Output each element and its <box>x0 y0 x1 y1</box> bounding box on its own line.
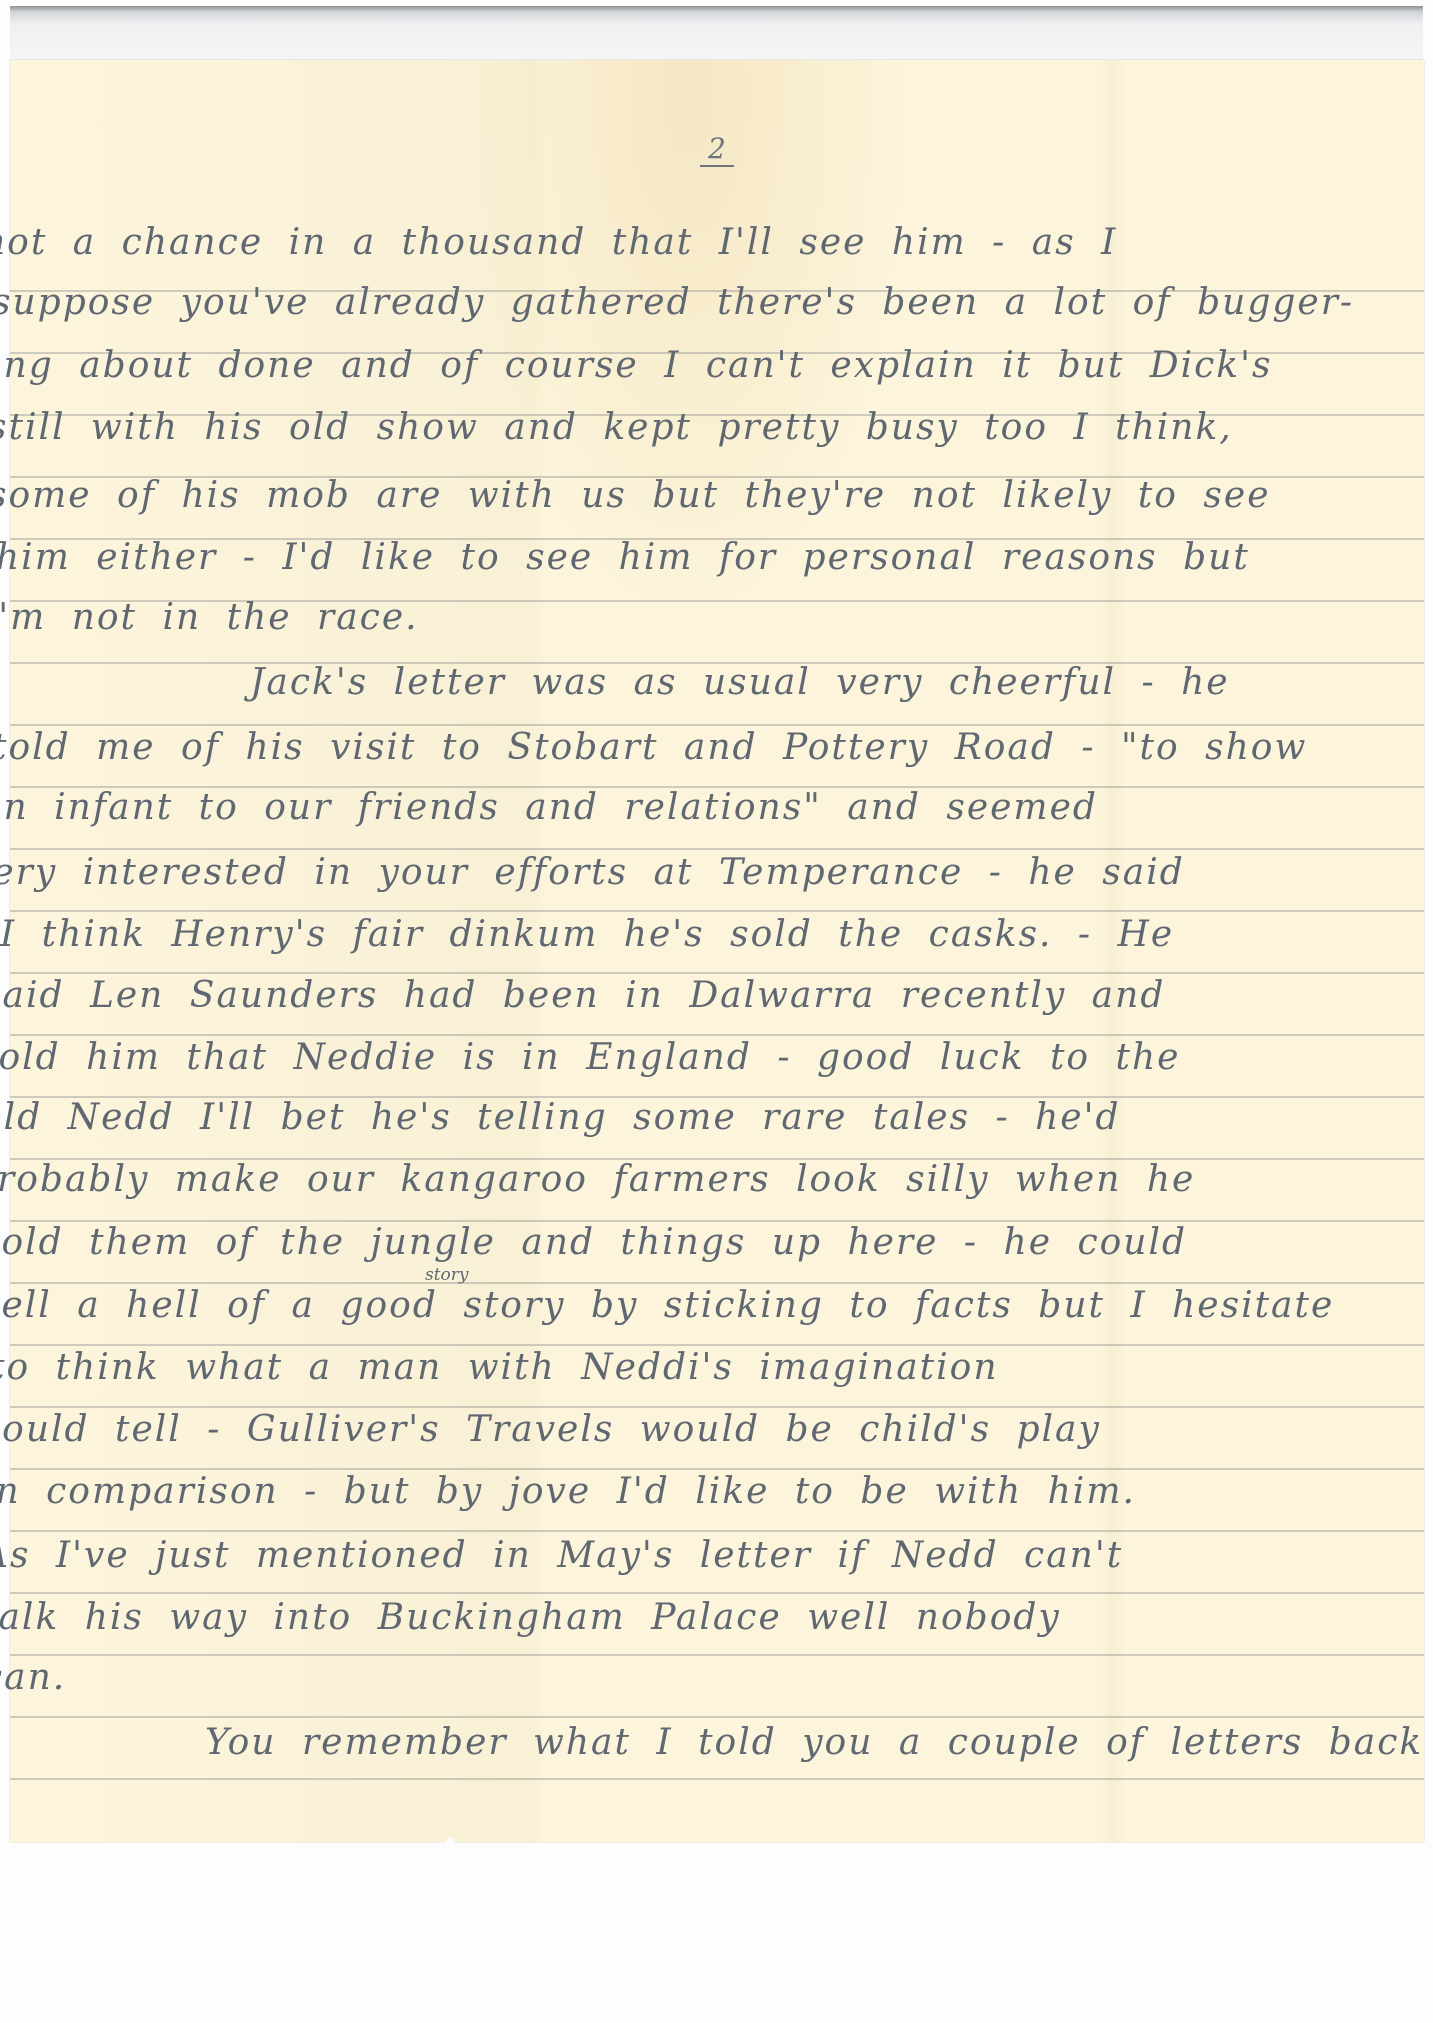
page-number: 2 <box>700 135 734 167</box>
letter-page: 2 not a chance in a thousand that I'll s… <box>10 60 1424 1842</box>
letter-line: tell a hell of a good story by sticking … <box>0 1288 1334 1324</box>
letter-line: an infant to our friends and relations" … <box>0 790 1098 826</box>
letter-line: to think what a man with Neddi's imagina… <box>0 1350 999 1386</box>
letter-line: him either - I'd like to see him for per… <box>0 540 1250 576</box>
letter-line: You remember what I told you a couple of… <box>205 1725 1423 1761</box>
letter-line: old Nedd I'll bet he's telling some rare… <box>0 1100 1121 1136</box>
letter-line: very interested in your efforts at Tempe… <box>0 855 1185 891</box>
letter-line: I'm not in the race. <box>0 600 419 636</box>
letter-line: some of his mob are with us but they're … <box>0 478 1271 514</box>
caret-insertion: story <box>425 1265 469 1285</box>
letter-line: I think Henry's fair dinkum he's sold th… <box>0 917 1174 953</box>
letter-line: could tell - Gulliver's Travels would be… <box>0 1412 1101 1448</box>
scanner-edge <box>10 6 1423 60</box>
letter-line: As I've just mentioned in May's letter i… <box>0 1538 1123 1574</box>
letter-line: talk his way into Buckingham Palace well… <box>0 1600 1061 1636</box>
letter-line: told me of his visit to Stobart and Pott… <box>0 730 1307 766</box>
letter-line: suppose you've already gathered there's … <box>0 285 1354 321</box>
letter-line: told him that Neddie is in England - goo… <box>0 1040 1181 1076</box>
letter-line: can. <box>0 1660 66 1696</box>
paper-tear <box>443 1836 457 1844</box>
letter-line: still with his old show and kept pretty … <box>0 410 1233 446</box>
letter-line: probably make our kangaroo farmers look … <box>0 1162 1195 1198</box>
letter-line: ing about done and of course I can't exp… <box>0 348 1273 384</box>
letter-line: Jack's letter was as usual very cheerful… <box>250 665 1230 701</box>
letter-line: told them of the jungle and things up he… <box>0 1225 1187 1261</box>
letter-line: said Len Saunders had been in Dalwarra r… <box>0 978 1165 1014</box>
letter-line: not a chance in a thousand that I'll see… <box>0 225 1117 261</box>
letter-line: in comparison - but by jove I'd like to … <box>0 1474 1136 1510</box>
